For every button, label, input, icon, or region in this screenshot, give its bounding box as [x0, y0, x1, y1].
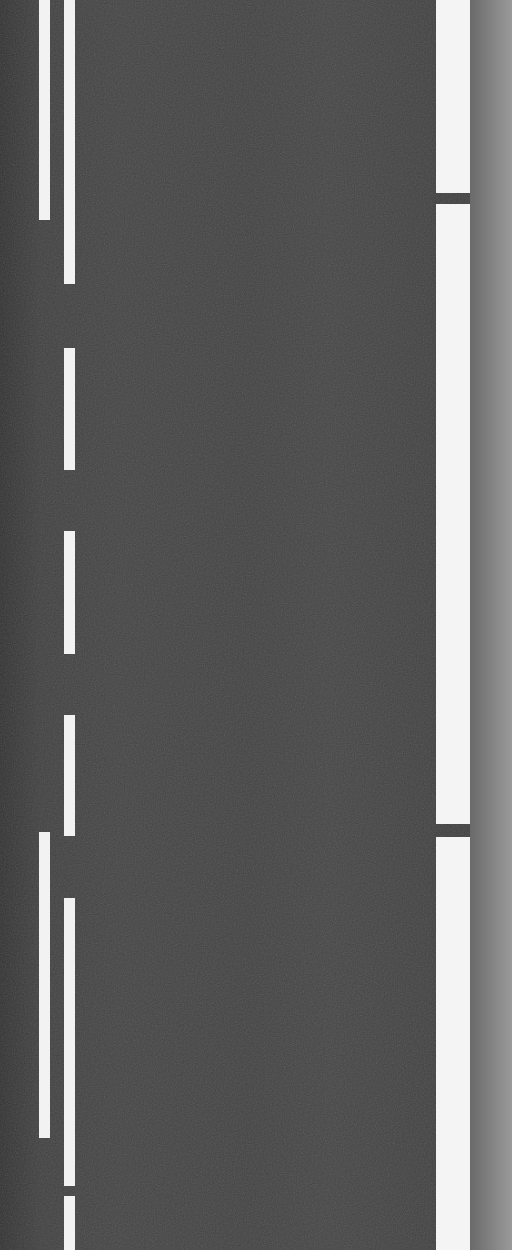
center-dash — [64, 0, 75, 284]
right-edge-line — [436, 837, 471, 1250]
left-lane-line — [39, 832, 50, 1138]
center-dash — [64, 715, 75, 836]
road-surface — [0, 0, 512, 1250]
center-dash — [64, 531, 75, 654]
center-dash — [64, 1196, 75, 1250]
center-dash — [64, 348, 75, 470]
right-edge-line — [436, 0, 471, 193]
left-lane-line — [39, 0, 50, 220]
road-shoulder — [470, 0, 512, 1250]
right-edge-line — [436, 204, 471, 824]
center-dash — [64, 898, 75, 1186]
